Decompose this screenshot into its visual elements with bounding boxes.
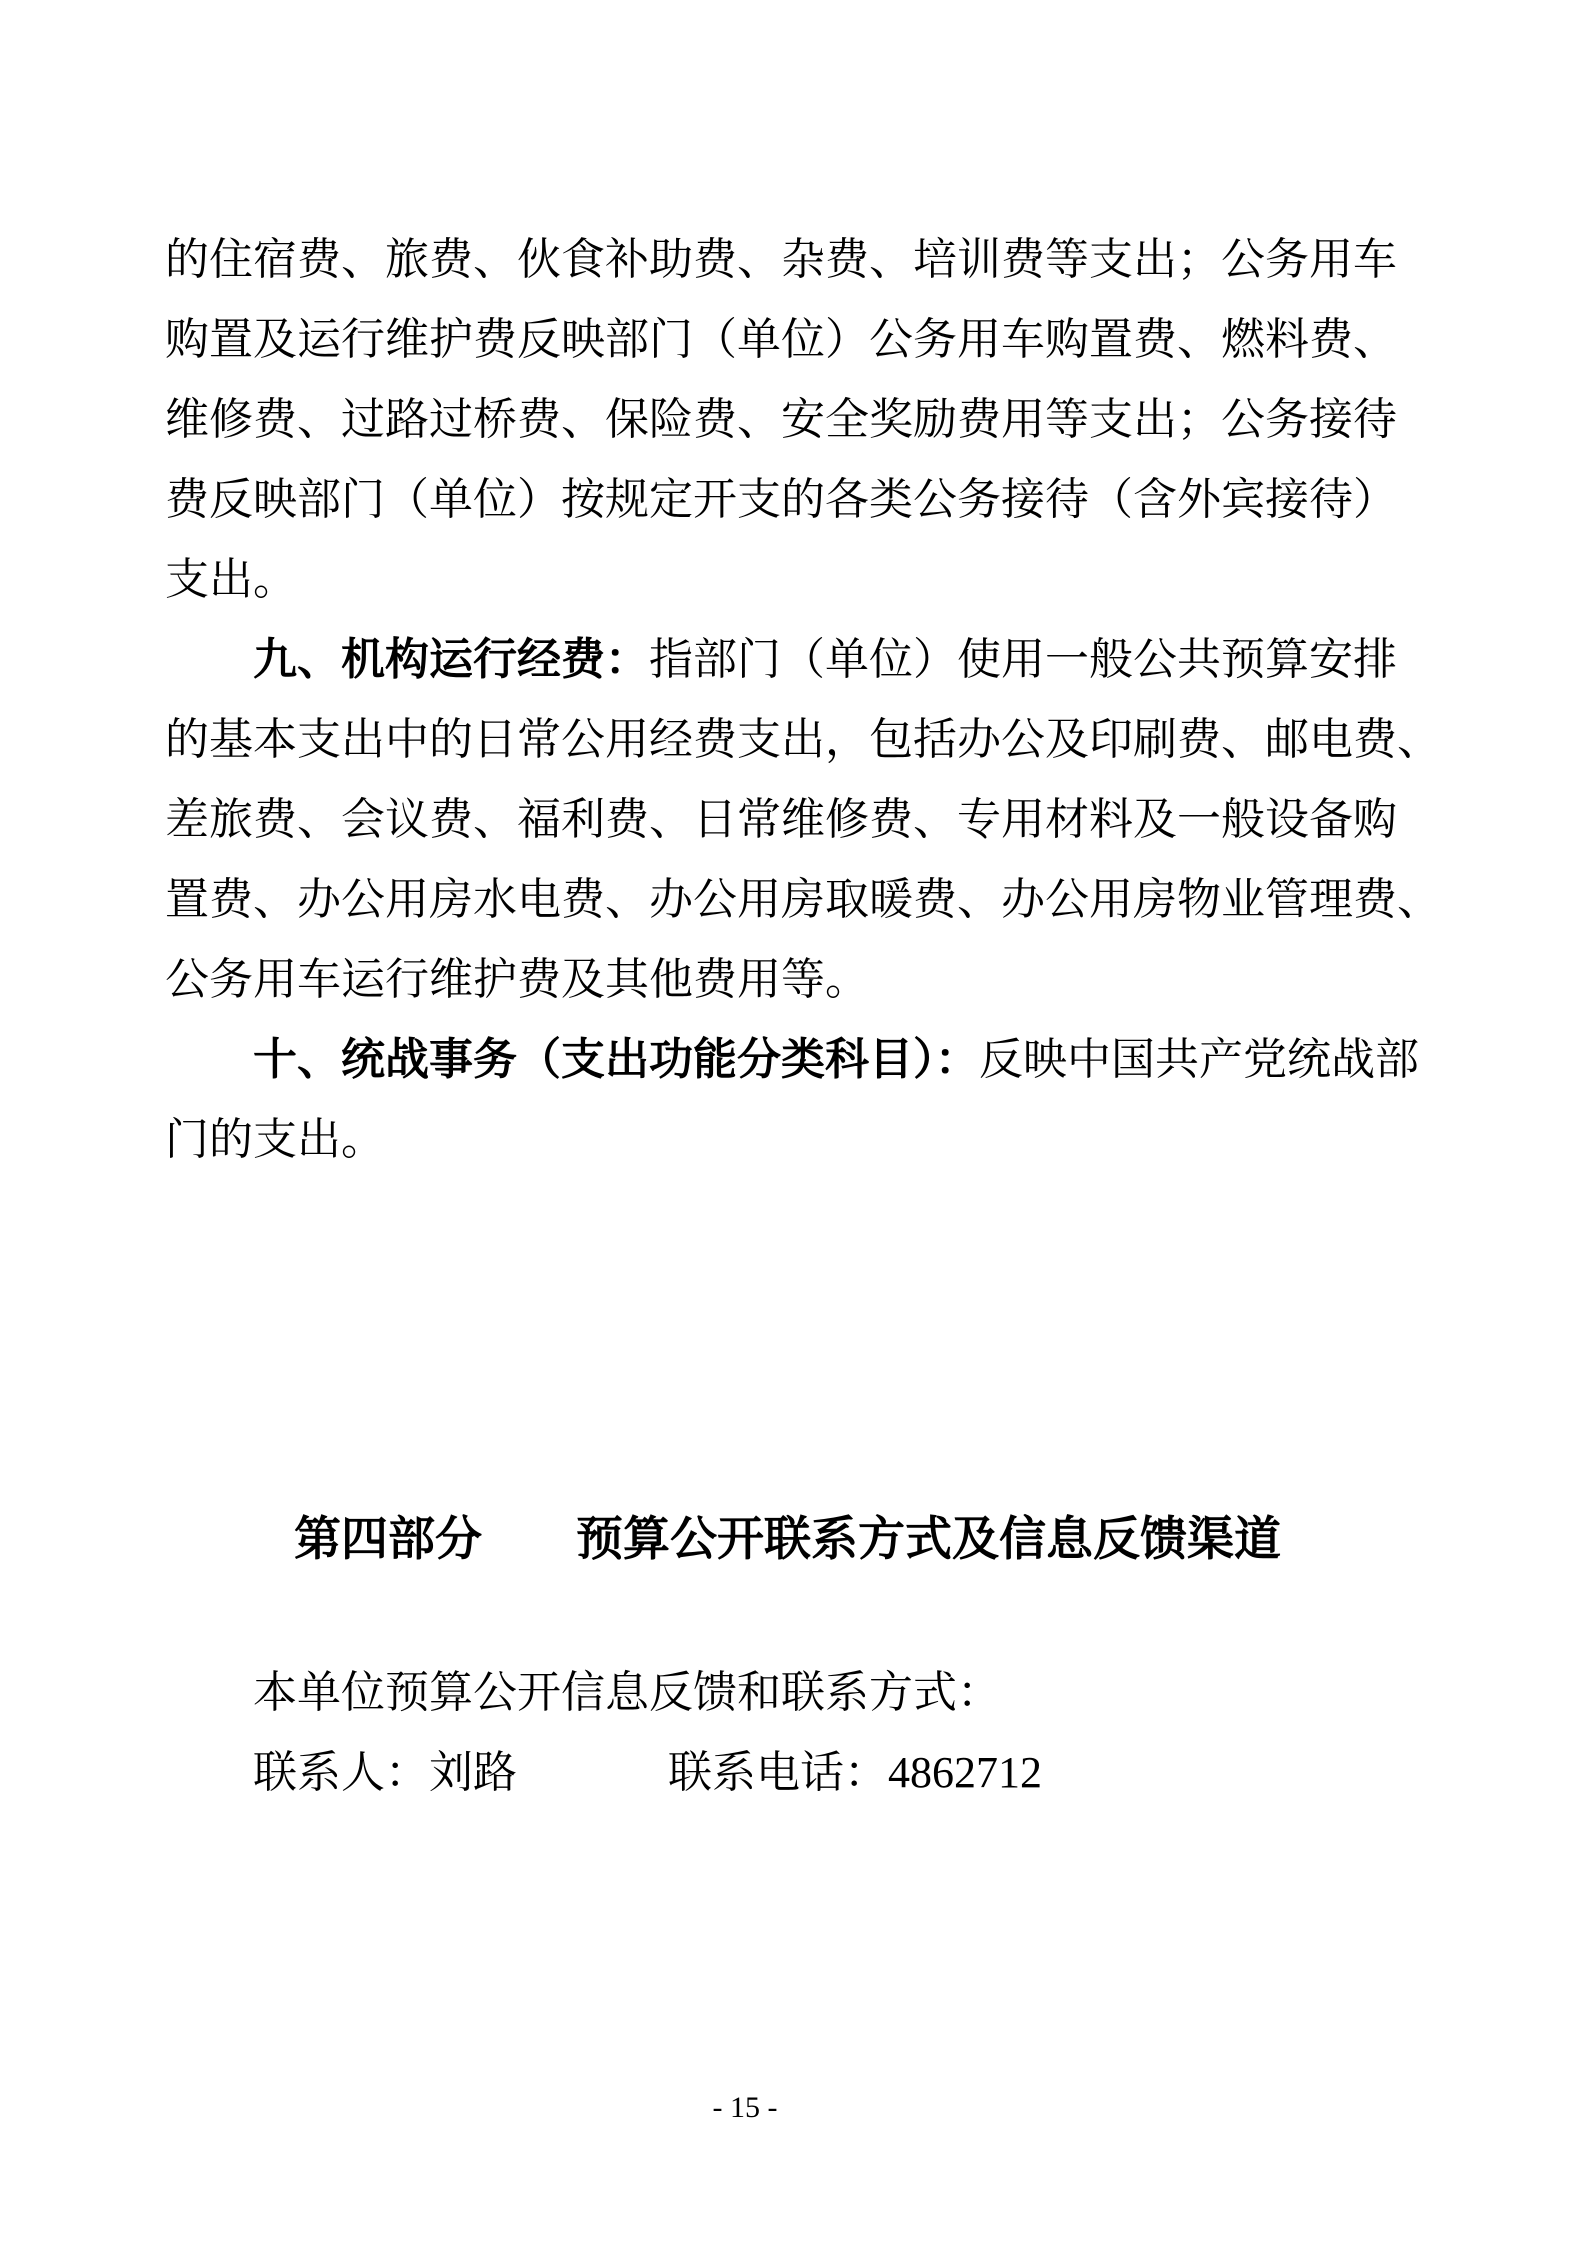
- united-front-line1-text: 反映中国共产党统战部: [979, 1035, 1419, 1084]
- para-travel-vehicle-line1: 的住宿费、旅费、伙食补助费、杂费、培训费等支出；公务用车: [165, 220, 1435, 300]
- para-travel-vehicle-line4: 费反映部门（单位）按规定开支的各类公务接待（含外宾接待）: [165, 460, 1435, 540]
- para-agency-operating-line3: 差旅费、会议费、福利费、日常维修费、专用材料及一般设备购: [165, 780, 1435, 860]
- para-agency-operating-line4: 置费、办公用房水电费、办公用房取暖费、办公用房物业管理费、: [165, 860, 1435, 940]
- page-number: - 15 -: [0, 2088, 1490, 2128]
- para-agency-operating-line2: 的基本支出中的日常公用经费支出，包括办公及印刷费、邮电费、: [165, 700, 1435, 780]
- contact-spacer: [517, 1786, 668, 1787]
- document-page: 的住宿费、旅费、伙食补助费、杂费、培训费等支出；公务用车 购置及运行维护费反映部…: [0, 0, 1588, 2245]
- para-united-front-line2: 门的支出。: [165, 1100, 1435, 1180]
- contact-person-label: 联系人：: [253, 1748, 429, 1797]
- united-front-term-label: 十、统战事务（支出功能分类科目）：: [253, 1035, 979, 1084]
- agency-operating-term-label: 九、机构运行经费：: [253, 635, 649, 684]
- contact-person-name: 刘路: [429, 1748, 517, 1797]
- contact-intro-line: 本单位预算公开信息反馈和联系方式：: [165, 1653, 1435, 1733]
- section4-heading: 第四部分 预算公开联系方式及信息反馈渠道: [140, 1500, 1435, 1580]
- para-united-front-line1: 十、统战事务（支出功能分类科目）：反映中国共产党统战部: [165, 1020, 1435, 1100]
- para-agency-operating-line1: 九、机构运行经费：指部门（单位）使用一般公共预算安排: [165, 620, 1435, 700]
- contact-phone-number: 4862712: [888, 1748, 1042, 1797]
- contact-line: 联系人：刘路联系电话：4862712: [165, 1733, 1435, 1813]
- para-agency-operating-line5: 公务用车运行维护费及其他费用等。: [165, 940, 1435, 1020]
- document-content: 的住宿费、旅费、伙食补助费、杂费、培训费等支出；公务用车 购置及运行维护费反映部…: [165, 220, 1435, 1813]
- contact-phone-label: 联系电话：: [668, 1748, 888, 1797]
- agency-operating-line1-text: 指部门（单位）使用一般公共预算安排: [649, 635, 1397, 684]
- para-travel-vehicle-line2: 购置及运行维护费反映部门（单位）公务用车购置费、燃料费、: [165, 300, 1435, 380]
- para-travel-vehicle-line3: 维修费、过路过桥费、保险费、安全奖励费用等支出；公务接待: [165, 380, 1435, 460]
- para-travel-vehicle-line5: 支出。: [165, 540, 1435, 620]
